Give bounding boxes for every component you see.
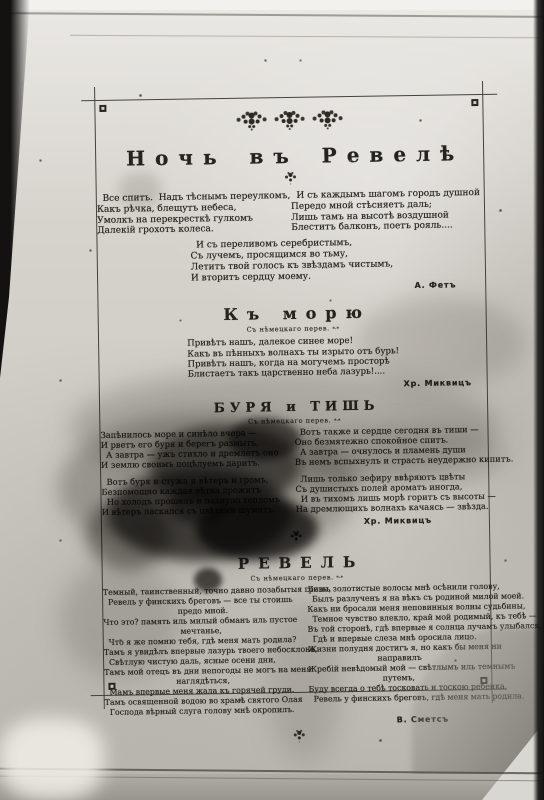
verse-line: На дремлющихъ волнахъ качаясь — звѣзда. xyxy=(296,501,490,514)
poem-storm-right-column: Вотъ также и сердце сегодня въ тиши —Оно… xyxy=(294,425,489,514)
asterism-icon: *·* xyxy=(334,418,341,424)
author-signature-fet: А. Фетъ xyxy=(98,281,456,296)
verse-line: Блеститъ балконъ, поетъ рояль.... xyxy=(291,220,485,234)
floral-cluster-icon xyxy=(311,109,343,130)
poem-storm-left-stanza-2: Вотъ буря и стужа и вѣтеръ и громъ,Безпо… xyxy=(101,475,296,518)
author-signature-mickwitz-1: Хр. Миквицъ xyxy=(100,378,472,393)
asterism-icon: *·* xyxy=(332,327,339,333)
verse-line: И землю своимъ поцѣлуемъ даритъ. xyxy=(101,458,295,471)
fleuron-icon xyxy=(291,729,307,743)
poem-night-columns: Все спитъ. Надъ тѣснымъ переулкомъ,Какъ … xyxy=(97,188,486,237)
photo-light-patch xyxy=(0,718,104,800)
verse-line: Далекій грохотъ колеса. xyxy=(97,223,291,237)
poem-title-night: Ночь въ Ревелѣ xyxy=(96,141,484,171)
poem-storm-right-stanza-2: Лишь только зефиру ввѣряютъ цвѣтыСъ души… xyxy=(295,472,490,515)
poem-night-stanza-1: Все спитъ. Надъ тѣснымъ переулкомъ,Какъ … xyxy=(97,191,292,237)
poem-revel-left-column: Темный, таинственный, точно давно позабы… xyxy=(103,585,309,718)
page-content: Ночь въ Ревелѣ Все спитъ. Надъ тѣснымъ п… xyxy=(95,99,493,746)
author-signature-mickwitz-2: Хр. Миквицъ xyxy=(102,516,432,530)
photo-edge-right xyxy=(533,0,544,800)
verse-line: Господа вѣрный слуга голову мнѣ окропилъ… xyxy=(105,705,309,718)
subtitle-text: Съ нѣмецкаго перев. xyxy=(247,325,330,334)
poem-night-stanza-2: И съ каждымъ шагомъ городъ душнойПередо … xyxy=(291,188,486,234)
poem-storm-left-column: Запѣнилось море и синѣло вчера —И рветъ … xyxy=(100,428,295,517)
fleuron-icon xyxy=(282,171,298,185)
subtitle-text: Съ нѣмецкаго перев. xyxy=(248,417,331,426)
poem-night-stanza-3: И съ переливомъ серебристымъ,Съ лучемъ, … xyxy=(190,238,393,284)
floral-cluster-icon xyxy=(273,110,305,131)
poem-storm-right-stanza-1: Вотъ также и сердце сегодня въ тиши —Оно… xyxy=(294,425,489,468)
poem-to-sea-stanza: Привѣтъ нашъ, далекое синее море!Какъ въ… xyxy=(187,336,399,380)
poem-storm-left-stanza-1: Запѣнилось море и синѣло вчера —И рветъ … xyxy=(100,428,295,471)
floral-cluster-icon xyxy=(235,110,267,131)
poem-storm-columns: Запѣнилось море и синѣло вчера —И рветъ … xyxy=(100,425,489,517)
subtitle-text: Съ нѣмецкаго перев. xyxy=(251,574,334,583)
asterism-icon: *·* xyxy=(336,576,343,582)
photograph-of-printed-page: Ночь въ Ревелѣ Все спитъ. Надъ тѣснымъ п… xyxy=(0,0,544,800)
verse-line: Въ немъ вспыхнулъ и страсть неудержно ки… xyxy=(295,455,489,468)
floral-garland-icon xyxy=(95,107,483,135)
fleuron-icon xyxy=(288,530,304,544)
verse-line: И вѣтеръ ласкался съ цвѣтами шумитъ. xyxy=(102,504,296,517)
verse-line: Блистаетъ такъ царственно неба лазурь!..… xyxy=(188,366,400,380)
